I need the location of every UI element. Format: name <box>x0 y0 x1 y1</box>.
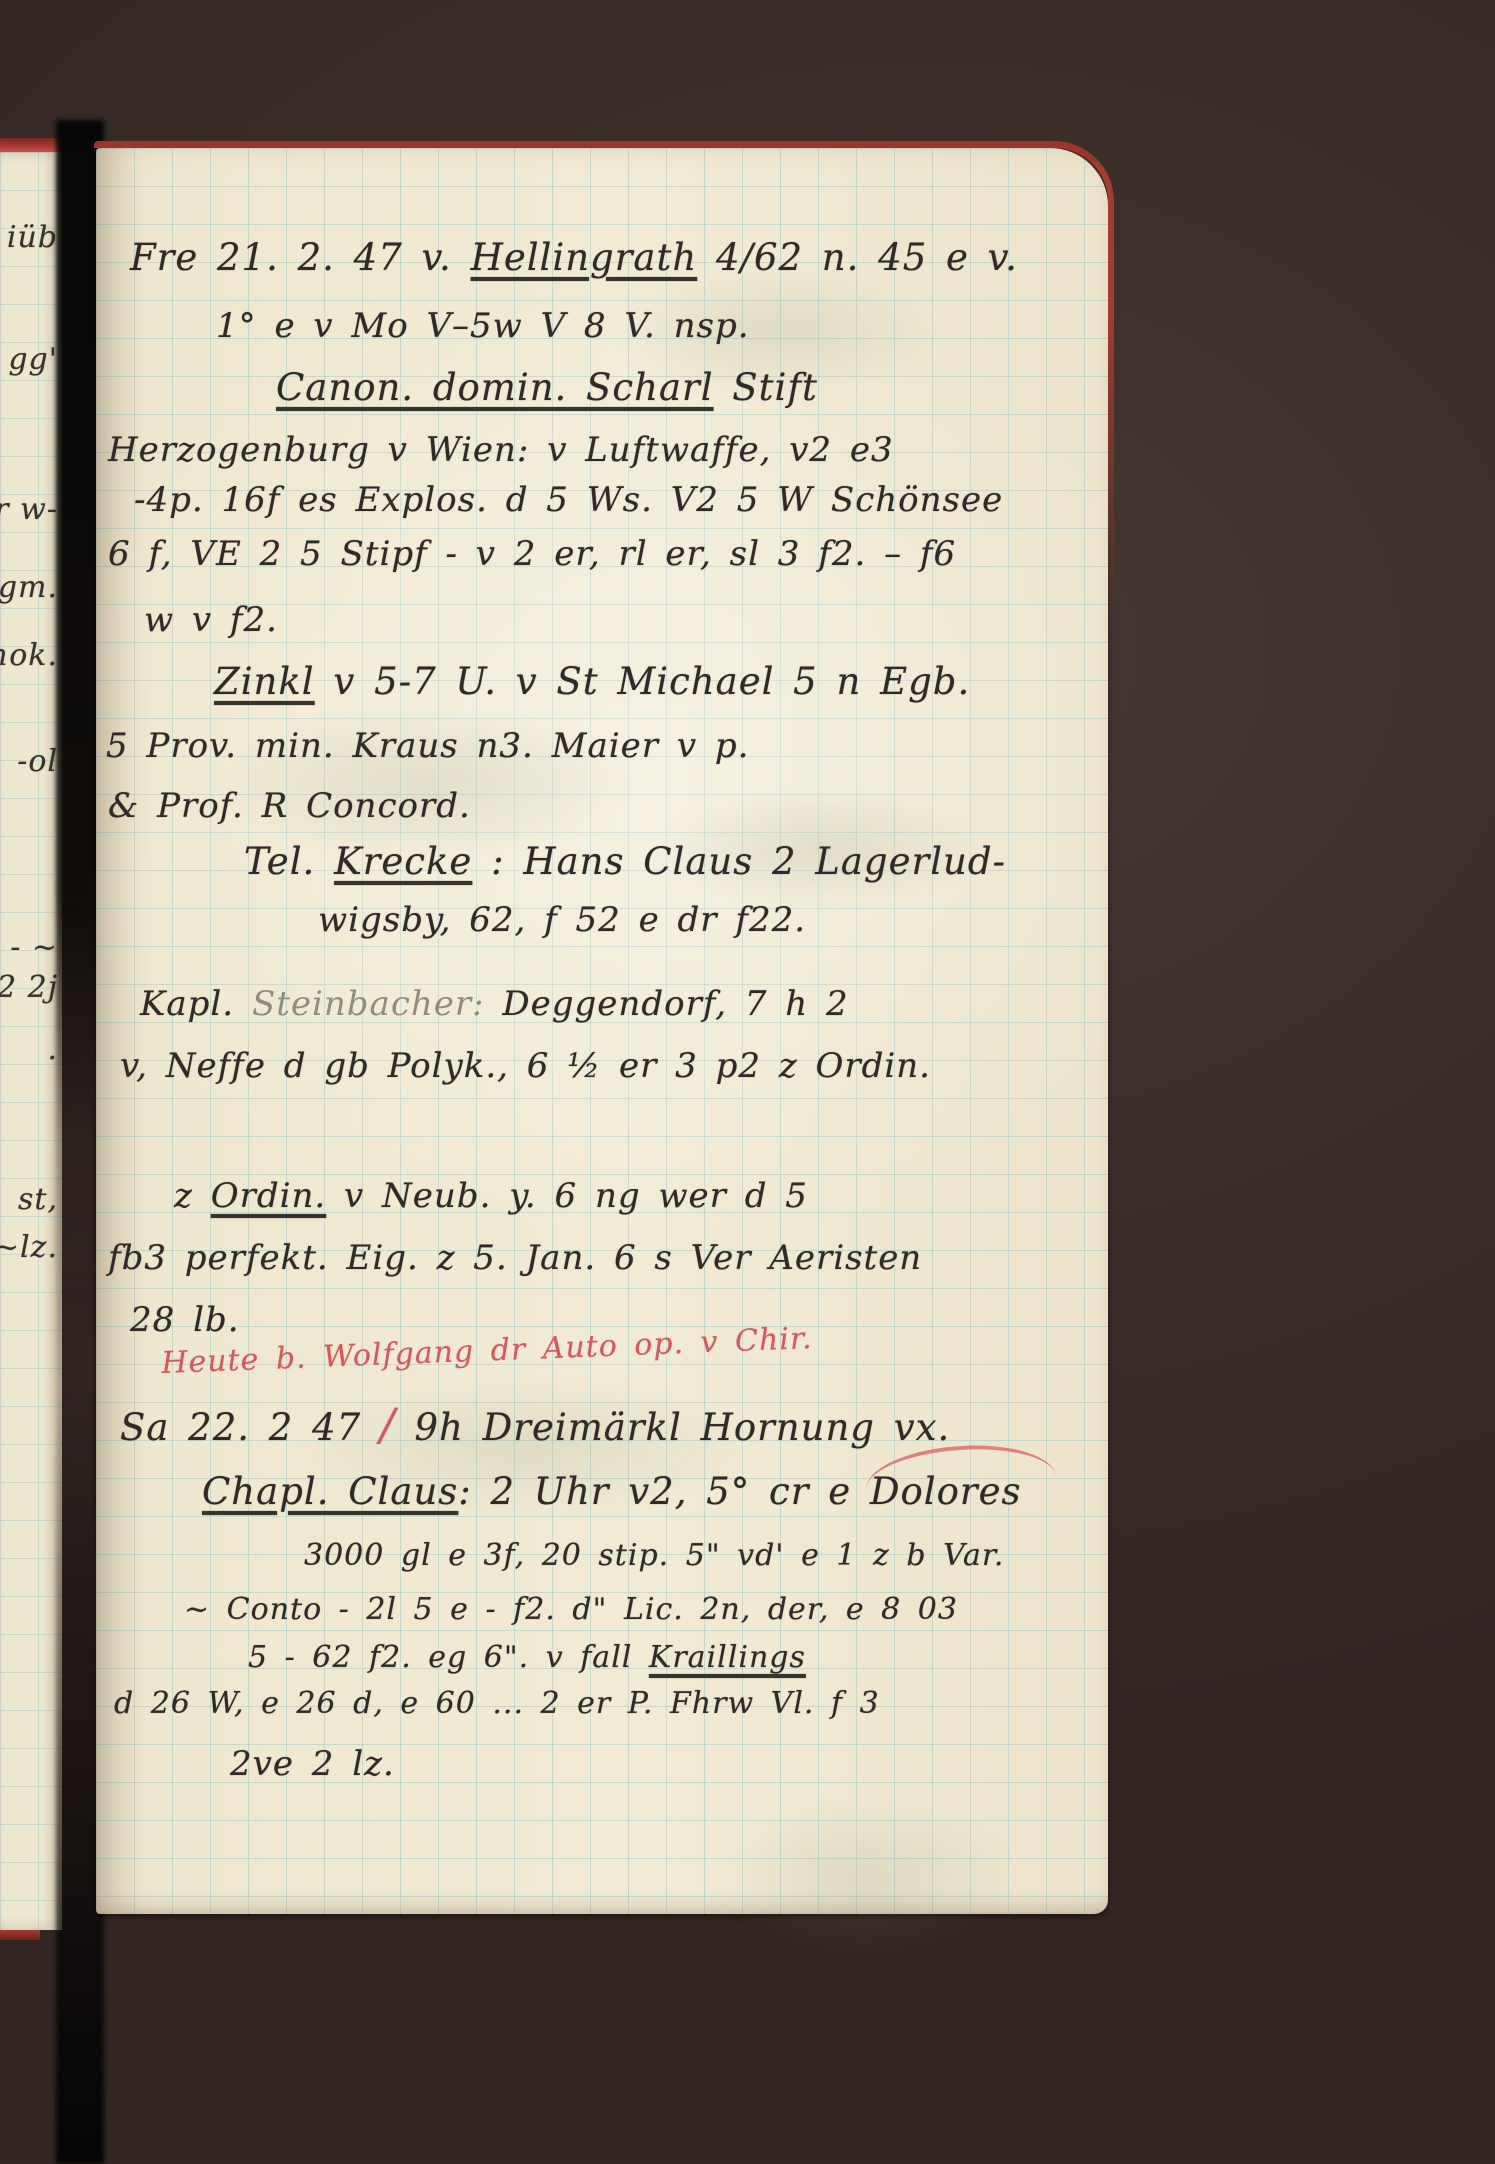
left-page-fragment: -ol <box>17 744 58 779</box>
line-text: Sa 22. 2 47 <box>120 1406 380 1449</box>
underlined-text: Canon. domin. Scharl <box>276 366 714 409</box>
notebook-page: Fre 21. 2. 47 v. Hellingrath 4/62 n. 45 … <box>96 148 1108 1914</box>
handwriting-line: v, Neffe d gb Polyk., 6 ½ er 3 p2 z Ordi… <box>120 1046 931 1086</box>
left-page-fragment: gm. <box>0 570 58 605</box>
line-text: 2ve 2 lz. <box>230 1744 395 1784</box>
line-text: 6 f, VE 2 5 Stipf - v 2 er, rl er, sl 3 … <box>108 534 956 574</box>
pencil-text: Steinbacher: <box>252 984 485 1024</box>
line-text: Herzogenburg v Wien: v Luftwaffe, v2 e3 <box>108 430 894 470</box>
line-text: v 5-7 U. v St Michael 5 n Egb. <box>315 660 971 703</box>
underlined-text: Zinkl <box>214 660 315 703</box>
line-text: ~ Conto - 2l 5 e - f2. d" Lic. 2n, der, … <box>184 1592 958 1627</box>
red-pencil-slash: / <box>380 1400 396 1451</box>
line-text: v Neub. y. 6 ng wer d 5 <box>326 1176 808 1216</box>
line-text: 9h Dreimärkl Hornung vx. <box>396 1406 951 1449</box>
line-text: & Prof. R Concord. <box>108 786 471 826</box>
handwriting-line: 28 lb. <box>130 1300 240 1340</box>
left-page-sliver: iüb gg' r w- gm. hok. -ol - ~ 2 2j . st,… <box>0 152 62 1930</box>
line-text: Deggendorf, 7 h 2 <box>485 984 849 1024</box>
underlined-text: Krecke <box>334 840 472 883</box>
line-text: -4p. 16f es Explos. d 5 Ws. V2 5 W Schön… <box>134 480 1003 520</box>
handwriting-line: 1° e v Mo V–5w V 8 V. nsp. <box>216 306 750 346</box>
handwriting-line: ~ Conto - 2l 5 e - f2. d" Lic. 2n, der, … <box>184 1592 958 1627</box>
line-text: Fre 21. 2. 47 v. <box>130 236 471 279</box>
left-page-fragment: 2 2j <box>0 970 58 1005</box>
handwriting-line: 5 - 62 f2. eg 6". v fall Kraillings <box>248 1640 806 1675</box>
line-text: 3000 gl e 3f, 20 stip. 5" vd' e 1 z b Va… <box>304 1538 1004 1573</box>
left-page-fragment: 6~lz. <box>0 1230 58 1265</box>
handwriting-line: 2ve 2 lz. <box>230 1744 395 1784</box>
line-text: Stift <box>714 366 818 409</box>
left-page-fragment: - ~ <box>10 930 58 965</box>
handwriting-line: fb3 perfekt. Eig. z 5. Jan. 6 s Ver Aeri… <box>108 1238 922 1278</box>
left-page-fragment: r w- <box>0 492 58 527</box>
line-text: d 26 W, e 26 d, e 60 ... 2 er P. Fhrw Vl… <box>114 1686 880 1721</box>
line-text: z <box>174 1176 211 1216</box>
underlined-text: Ordin. <box>211 1176 326 1216</box>
line-text: : 2 Uhr v2, 5° cr e Dolores <box>458 1470 1021 1513</box>
handwriting-line: z Ordin. v Neub. y. 6 ng wer d 5 <box>174 1176 808 1216</box>
line-text: wigsby, 62, f 52 e dr f22. <box>318 900 806 940</box>
line-text: w v f2. <box>144 600 278 640</box>
handwriting-line: w v f2. <box>144 600 278 640</box>
left-page-fragment: iüb <box>7 220 58 255</box>
left-page-fragment: st, <box>18 1182 58 1217</box>
photograph-of-diary: { "meta": { "document_type": "handwritte… <box>0 0 1495 2164</box>
handwriting-line: Chapl. Claus: 2 Uhr v2, 5° cr e Dolores <box>202 1470 1021 1513</box>
line-text: fb3 perfekt. Eig. z 5. Jan. 6 s Ver Aeri… <box>108 1238 922 1278</box>
handwriting-line: & Prof. R Concord. <box>108 786 471 826</box>
underlined-text: Hellingrath <box>471 236 698 279</box>
handwriting-line: Kapl. Steinbacher: Deggendorf, 7 h 2 <box>140 984 849 1024</box>
underlined-text: Kraillings <box>649 1640 806 1675</box>
handwriting-line: Zinkl v 5-7 U. v St Michael 5 n Egb. <box>214 660 970 703</box>
line-text: Heute b. Wolfgang dr Auto op. v Chir. <box>161 1321 813 1381</box>
handwriting-line: Herzogenburg v Wien: v Luftwaffe, v2 e3 <box>108 430 894 470</box>
handwriting-line: d 26 W, e 26 d, e 60 ... 2 er P. Fhrw Vl… <box>114 1686 880 1721</box>
line-text: v, Neffe d gb Polyk., 6 ½ er 3 p2 z Ordi… <box>120 1046 931 1086</box>
line-text: 5 Prov. min. Kraus n3. Maier v p. <box>106 726 749 766</box>
underlined-text: Chapl. Claus <box>202 1470 458 1513</box>
handwriting-line: Fre 21. 2. 47 v. Hellingrath 4/62 n. 45 … <box>130 236 1018 279</box>
handwriting-line: wigsby, 62, f 52 e dr f22. <box>318 900 806 940</box>
handwriting-line: 3000 gl e 3f, 20 stip. 5" vd' e 1 z b Va… <box>304 1538 1004 1573</box>
ink-showthrough <box>716 1798 1016 1958</box>
red-pencil-annotation: Heute b. Wolfgang dr Auto op. v Chir. <box>161 1321 813 1381</box>
line-text: 5 - 62 f2. eg 6". v fall <box>248 1640 649 1675</box>
handwriting-line: 5 Prov. min. Kraus n3. Maier v p. <box>106 726 749 766</box>
left-page-fragment: hok. <box>0 638 58 673</box>
handwriting-line: Canon. domin. Scharl Stift <box>276 366 818 409</box>
handwriting-line: -4p. 16f es Explos. d 5 Ws. V2 5 W Schön… <box>134 480 1003 520</box>
left-page-fragment: gg' <box>8 342 58 377</box>
handwriting-line: Sa 22. 2 47 / 9h Dreimärkl Hornung vx. <box>120 1400 950 1451</box>
line-text: 1° e v Mo V–5w V 8 V. nsp. <box>216 306 750 346</box>
handwriting-line: Tel. Krecke : Hans Claus 2 Lagerlud- <box>244 840 1006 883</box>
line-text: Tel. <box>244 840 334 883</box>
handwriting-line: 6 f, VE 2 5 Stipf - v 2 er, rl er, sl 3 … <box>108 534 956 574</box>
line-text: : Hans Claus 2 Lagerlud- <box>472 840 1006 883</box>
line-text: 28 lb. <box>130 1300 240 1340</box>
line-text: 4/62 n. 45 e v. <box>697 236 1018 279</box>
line-text: Kapl. <box>140 984 252 1024</box>
